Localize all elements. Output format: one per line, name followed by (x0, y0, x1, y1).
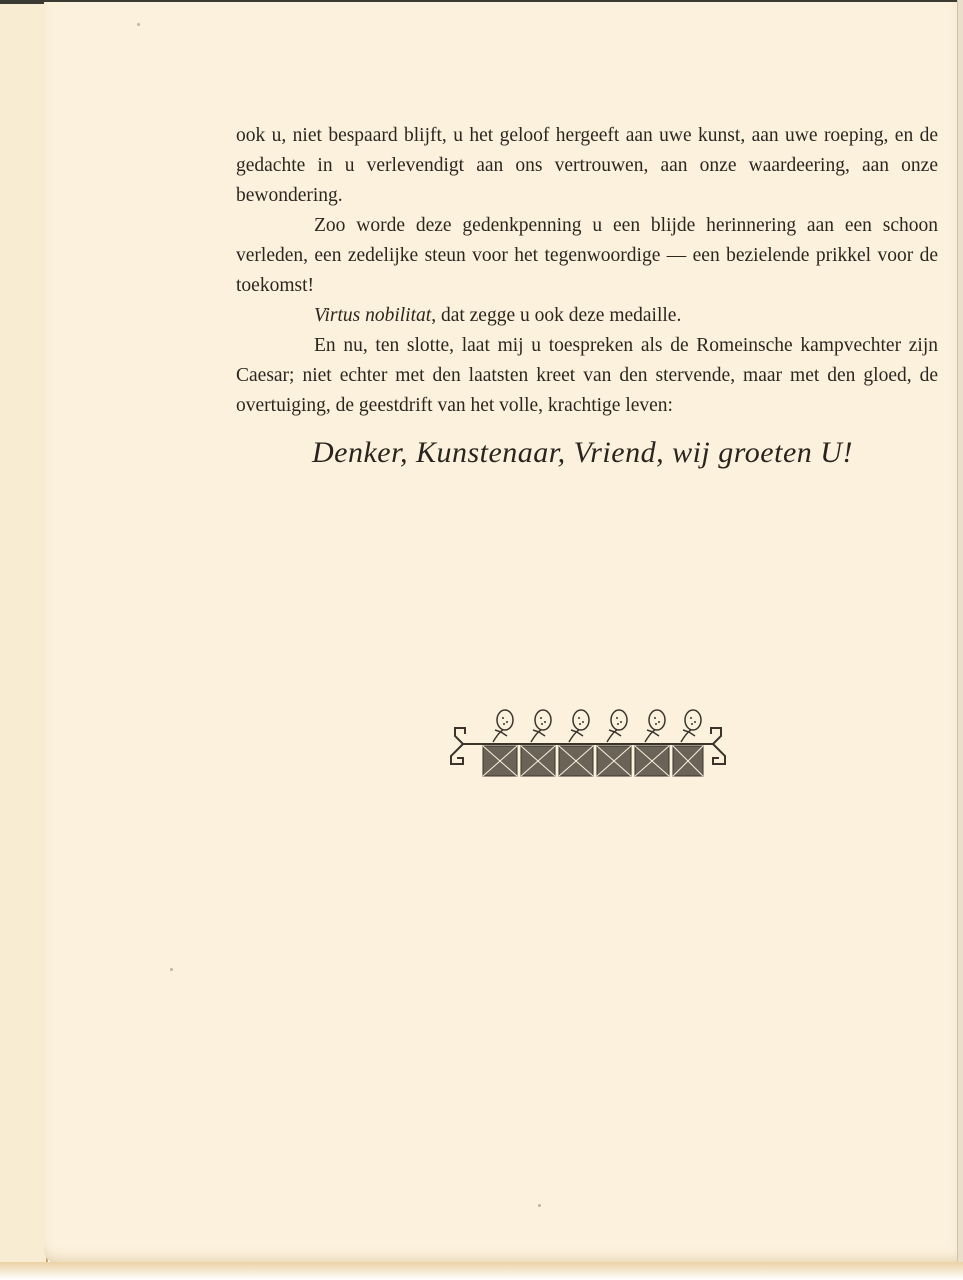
text-line: Zoo worde deze gedenkpenning u een blijd… (314, 215, 938, 236)
underlying-page-edge (0, 4, 48, 1266)
paragraph-2: Zoo worde deze gedenkpenning u een blijd… (236, 211, 938, 301)
paper-speck (538, 1204, 541, 1207)
text-line: , dat zegge u ook deze medaille. (431, 305, 681, 326)
paragraph-1: ook u, niet bespaard blijft, u het geloo… (236, 121, 938, 211)
scan-right-edge (957, 0, 963, 1280)
text-line: Caesar; niet echter met den laatsten kre… (236, 365, 912, 386)
body-text: ook u, niet bespaard blijft, u het geloo… (236, 121, 938, 421)
text-line: bewondering. (236, 185, 343, 206)
torn-bottom-edge (0, 1262, 963, 1280)
paper-speck (137, 23, 140, 26)
latin-motto: Virtus nobilitat (314, 305, 431, 326)
paper-speck (170, 968, 173, 971)
text-line: En nu, ten slotte, laat mij u toespreken… (314, 335, 938, 356)
closing-salutation: Denker, Kunstenaar, Vriend, wij groeten … (312, 436, 872, 470)
text-line: ook u, niet bespaard blijft, u het geloo… (236, 125, 913, 146)
paragraph-4: En nu, ten slotte, laat mij u toespreken… (236, 331, 938, 421)
text-line: verleden, een zedelijke steun voor het t… (236, 245, 913, 266)
paragraph-3: Virtus nobilitat, dat zegge u ook deze m… (236, 301, 938, 331)
strawberry-vine-ornament-icon (443, 706, 733, 784)
